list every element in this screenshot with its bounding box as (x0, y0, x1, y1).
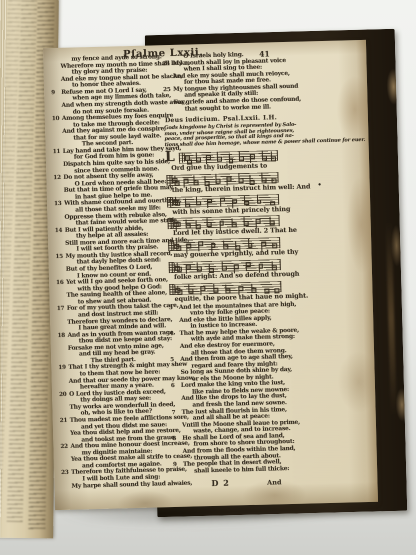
note-icon (175, 201, 180, 206)
note-icon (270, 221, 275, 226)
note-icon (187, 159, 192, 164)
clef-icon (173, 219, 174, 228)
note-icon (186, 244, 191, 249)
note-icon (209, 268, 214, 273)
verses-before-music: O Israels holy king.24My mouth shall ioy… (162, 51, 278, 113)
note-icon (211, 243, 216, 248)
photo-of-open-psalter: Pſalme Lxxii. 41 my fence and ayde so st… (0, 0, 416, 555)
note-icon (198, 242, 203, 247)
note-icon (196, 201, 201, 206)
page-footer: D 2 And (173, 476, 287, 489)
note-icon (177, 267, 182, 272)
signature-mark: D 2 (211, 478, 230, 488)
note-icon (225, 289, 230, 294)
dropcap-initial: L (165, 151, 178, 164)
note-icon (205, 181, 210, 186)
note-icon (256, 219, 261, 224)
note-icon (265, 289, 270, 294)
note-icon (258, 264, 263, 269)
catchword: And (267, 478, 282, 486)
psalm-reference: Psal.Lxxii. (223, 115, 261, 123)
note-icon (183, 178, 188, 183)
clef-icon (174, 263, 175, 272)
note-icon (175, 222, 180, 227)
note-icon (186, 265, 191, 270)
cover-wear-mark (386, 222, 397, 415)
show-through-ghost-text (287, 140, 365, 511)
note-icon (270, 201, 275, 206)
psalm-author-initials: I.H. (263, 114, 277, 121)
note-icon (261, 242, 266, 247)
note-icon (251, 288, 256, 293)
note-icon (221, 266, 226, 271)
note-icon (275, 288, 280, 293)
note-icon (248, 243, 253, 248)
note-icon (227, 176, 232, 181)
psalm-latin-title: Deus iudicium. (165, 116, 220, 124)
note-icon (196, 225, 201, 230)
note-icon (244, 221, 249, 226)
note-icon (272, 266, 277, 271)
right-page: Pſalme Lxxii. 41 my fence and ayde so st… (43, 40, 378, 510)
note-icon (271, 156, 276, 161)
note-icon (220, 197, 225, 202)
note-icon (228, 158, 233, 163)
argument-line: tions shall doe him homage, whose name &… (165, 140, 279, 149)
note-icon (219, 221, 224, 226)
clef-icon (171, 176, 172, 185)
verse-line: My harpe shall sound thy laud alwaies, (61, 481, 171, 490)
note-icon (176, 246, 181, 251)
verse-text: that sought to worke me ill. (185, 103, 271, 112)
note-icon (207, 222, 212, 227)
note-icon (250, 154, 255, 159)
note-icon (239, 156, 244, 161)
note-icon (244, 201, 249, 206)
clef-icon (172, 198, 173, 207)
verse-text: shall kneele to him full thicke: (194, 465, 289, 474)
note-icon (262, 155, 267, 160)
note-icon (174, 180, 179, 185)
music-block: LOrd giue thy iudgements tothe king, the… (165, 148, 283, 303)
note-icon (235, 246, 240, 251)
note-icon (249, 179, 254, 184)
note-icon (207, 198, 212, 203)
note-icon (238, 178, 243, 183)
clef-icon (173, 241, 174, 250)
note-icon (234, 265, 239, 270)
note-icon (272, 178, 277, 183)
note-icon (177, 290, 182, 295)
note-icon (188, 289, 193, 294)
note-icon (185, 203, 190, 208)
verses-after-music: 3And let the mountaines that are high,vn… (169, 302, 287, 476)
note-icon (232, 199, 237, 204)
note-icon (223, 245, 228, 250)
psalm-argument: Gods kingdome by Christ is represented b… (164, 123, 279, 148)
note-icon (213, 288, 218, 293)
clef-icon (184, 153, 185, 162)
clef-icon (174, 285, 175, 294)
note-icon (217, 156, 222, 161)
note-icon (196, 157, 201, 162)
music-stave (169, 280, 281, 295)
note-icon (206, 155, 211, 160)
note-icon (231, 223, 236, 228)
note-icon (201, 286, 206, 291)
text-column-left: my fence and ayde so strong.Wherefore my… (50, 54, 171, 490)
note-icon (239, 286, 244, 291)
note-icon (197, 267, 202, 272)
note-icon (246, 262, 251, 267)
note-icon (272, 244, 277, 249)
note-icon (216, 178, 221, 183)
note-icon (186, 224, 191, 229)
note-icon (262, 177, 267, 182)
music-stave (179, 148, 278, 163)
text-column-right: O Israels holy king.24My mouth shall ioy… (162, 51, 287, 489)
note-icon (257, 199, 262, 204)
note-icon (193, 180, 198, 185)
